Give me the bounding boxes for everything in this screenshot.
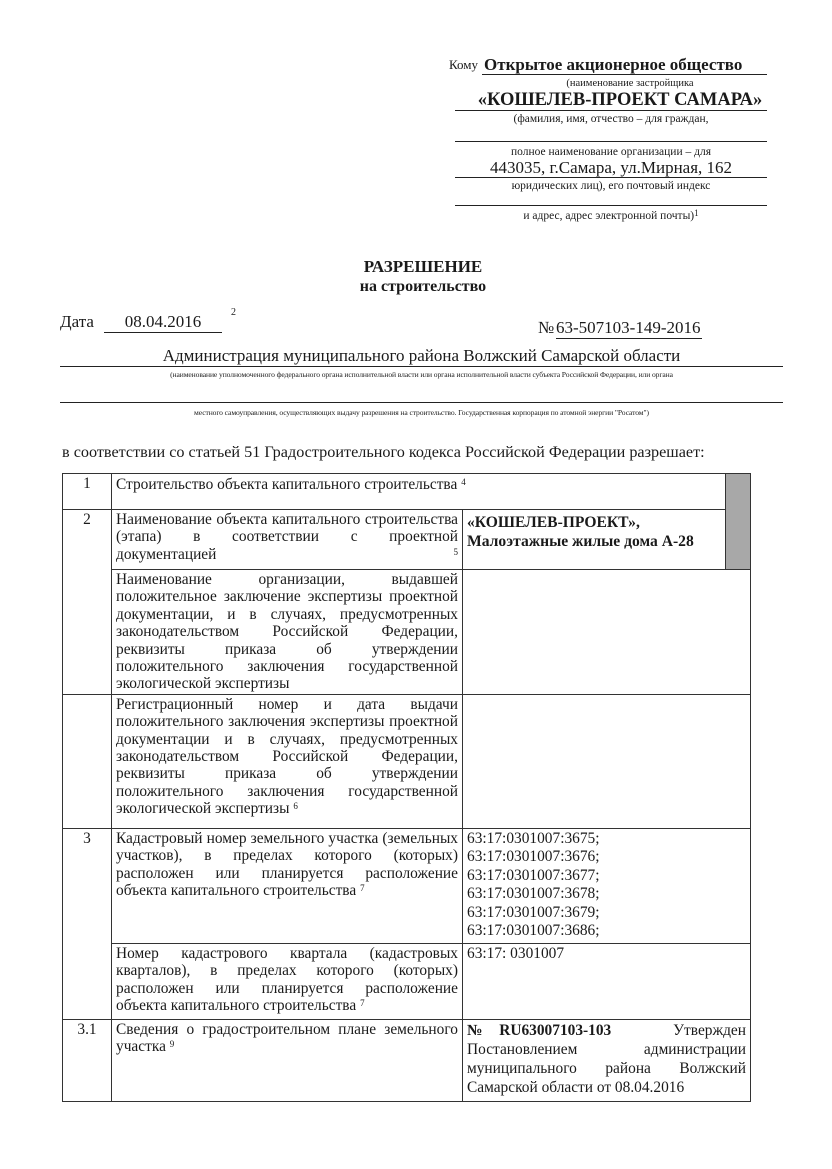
- addressee-caption-5: и адрес, адрес электронной почты)1: [455, 210, 767, 222]
- addressee-underline-4: [455, 177, 767, 178]
- cadastral-number: 63:17:0301007:3675;: [467, 830, 746, 849]
- row-number: 1: [63, 474, 112, 510]
- footnote-marker: 1: [694, 208, 699, 218]
- table-row-2: 2 Наименование объекта капитального стро…: [63, 510, 751, 570]
- cadastral-number: 63:17:0301007:3677;: [467, 867, 746, 886]
- issuer-name: Администрация муниципального района Волж…: [60, 346, 783, 366]
- row-label: Регистрационный номер и дата выдачи поло…: [112, 694, 463, 828]
- urban-plan-info: №RU63007103-103 Утвержден Постановлением…: [463, 1019, 751, 1101]
- row-value: «КОШЕЛЕВ-ПРОЕКТ», Малоэтажные жилые дома…: [463, 510, 726, 570]
- cadastral-quarter: 63:17: 0301007: [463, 943, 751, 1019]
- addressee-caption-4: юридических лиц), его почтовый индекс: [455, 180, 767, 192]
- date-footnote: 2: [231, 307, 236, 318]
- row-label: Строительство объекта капитального строи…: [112, 474, 726, 510]
- footnote-marker: 5: [454, 547, 459, 557]
- addressee-caption-3: полное наименование организации – для: [455, 146, 767, 158]
- row-number: 2: [63, 510, 112, 695]
- row-value: [463, 694, 751, 828]
- table-row-3-1: 3.1 Сведения о градостроительном плане з…: [63, 1019, 751, 1101]
- footnote-marker: 9: [170, 1039, 175, 1049]
- object-name-line-1: «КОШЕЛЕВ-ПРОЕКТ»,: [467, 513, 721, 532]
- issuer-underline: [60, 366, 783, 367]
- row-label: Кадастровый номер земельного участка (зе…: [112, 828, 463, 943]
- addressee-underline-2: [455, 110, 767, 111]
- permit-number-prefix: №: [538, 318, 554, 338]
- cadastral-numbers: 63:17:0301007:3675; 63:17:0301007:3676; …: [463, 828, 751, 943]
- intro-text: в соответствии со статьей 51 Градостроит…: [62, 443, 705, 462]
- table-row-2c: Регистрационный номер и дата выдачи поло…: [63, 694, 751, 828]
- addressee-caption-1: (наименование застройщика: [480, 78, 780, 89]
- cadastral-number: 63:17:0301007:3676;: [467, 848, 746, 867]
- addressee-underline-5: [455, 205, 767, 206]
- footnote-marker: 7: [360, 998, 365, 1008]
- table-row-2b: Наименование организации, выдавшей полож…: [63, 570, 751, 695]
- footnote-marker: 7: [360, 883, 365, 893]
- cadastral-number: 63:17:0301007:3679;: [467, 904, 746, 923]
- cadastral-number: 63:17:0301007:3686;: [467, 922, 746, 941]
- issuer-caption-2: местного самоуправления, осуществляющих …: [60, 408, 783, 417]
- row-number: 3.1: [63, 1019, 112, 1101]
- object-name-line-2: Малоэтажные жилые дома А-28: [467, 532, 721, 551]
- cadastral-number: 63:17:0301007:3678;: [467, 885, 746, 904]
- row-label: Номер кадастрового квартала (кадастровых…: [112, 943, 463, 1019]
- issuer-underline-2: [60, 402, 783, 403]
- row-label: Наименование организации, выдавшей полож…: [112, 570, 463, 695]
- date-value: 08.04.2016: [104, 312, 222, 333]
- addressee-caption-2: (фамилия, имя, отчество – для граждан,: [455, 113, 767, 125]
- addressee-org-type: Открытое акционерное общество: [484, 55, 742, 75]
- permit-table: 1 Строительство объекта капитального стр…: [62, 473, 751, 1102]
- permit-number: 63-507103-149-2016: [556, 318, 702, 339]
- row-number: 3: [63, 828, 112, 1019]
- footnote-marker: 6: [293, 801, 298, 811]
- document-title: РАЗРЕШЕНИЕ: [7, 257, 832, 277]
- table-row-3: 3 Кадастровый номер земельного участка (…: [63, 828, 751, 943]
- urban-plan-number: №RU63007103-103: [467, 1022, 611, 1039]
- shaded-cell: [726, 474, 751, 570]
- issuer-caption-1: (наименование уполномоченного федерально…: [60, 370, 783, 379]
- addressee-underline-1: [482, 74, 767, 75]
- row-number: [63, 694, 112, 828]
- document-subtitle: на строительство: [7, 278, 832, 296]
- table-row-1: 1 Строительство объекта капитального стр…: [63, 474, 751, 510]
- row-label: Сведения о градостроительном плане земел…: [112, 1019, 463, 1101]
- table-row-3b: Номер кадастрового квартала (кадастровых…: [63, 943, 751, 1019]
- date-label: Дата: [60, 312, 94, 332]
- addressee-address: 443035, г.Самара, ул.Мирная, 162: [455, 158, 767, 178]
- addressee-prefix: Кому: [449, 57, 478, 73]
- footnote-marker: 4: [461, 477, 466, 487]
- addressee-block: Кому Открытое акционерное общество (наим…: [0, 0, 832, 240]
- addressee-org-name: «КОШЕЛЕВ-ПРОЕКТ САМАРА»: [455, 90, 785, 111]
- row-value: [463, 570, 751, 695]
- addressee-underline-3: [455, 141, 767, 142]
- row-label: Наименование объекта капитального строит…: [112, 510, 463, 570]
